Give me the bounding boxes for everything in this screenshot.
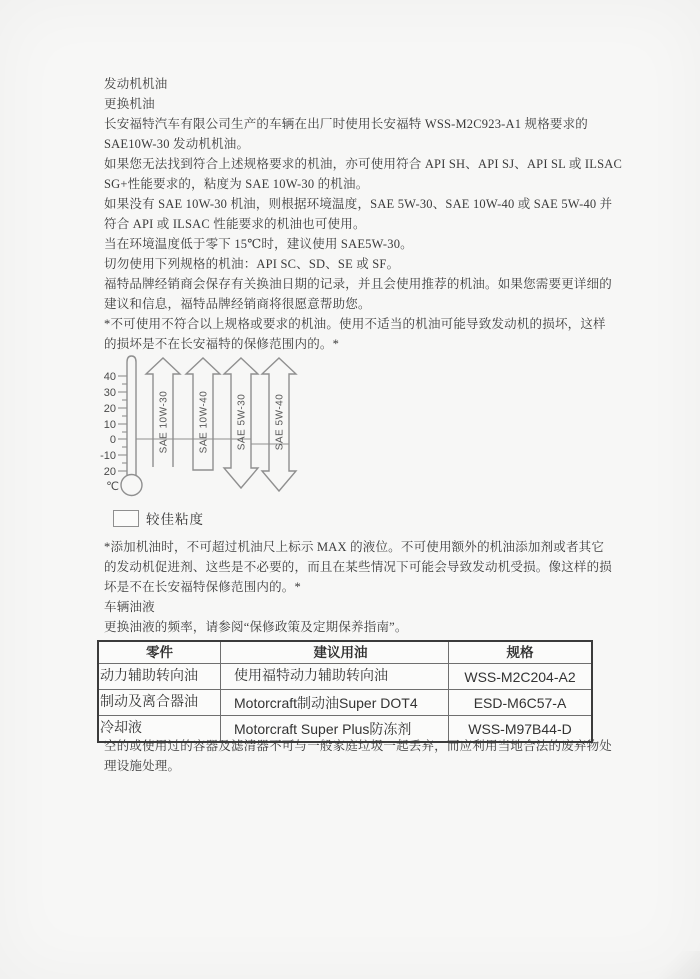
text-line: 更换油液的频率，请参阅“保修政策及定期保养指南”。 xyxy=(104,617,609,637)
legend-swatch xyxy=(113,510,139,527)
sae-10w40-arrow-label: SAE 10W-40 xyxy=(199,391,210,454)
thermometer-icon xyxy=(118,356,142,496)
top-text-block: 发动机机油 更换机油 长安福特汽车有限公司生产的车辆在出厂时使用长安福特 WSS… xyxy=(104,74,609,354)
temp-label-minus10: -10 xyxy=(100,450,116,462)
table-row: 制动及离合器油 Motorcraft制动油Super DOT4 ESD-M6C5… xyxy=(98,690,592,716)
celsius-unit-label: ℃ xyxy=(106,481,119,493)
cell-spec: WSS-M2C204-A2 xyxy=(449,664,593,690)
fluid-spec-table: 零件 建议用油 规格 动力辅助转向油 使用福特动力辅助转向油 WSS-M2C20… xyxy=(97,640,593,743)
text-line: 福特品牌经销商会保存有关换油日期的记录，并且会使用推荐的机油。如果您需要更详细的 xyxy=(104,274,609,294)
cell-oil: Motorcraft制动油Super DOT4 xyxy=(221,690,449,716)
header-recommended-oil: 建议用油 xyxy=(221,641,449,664)
temp-label-0: 0 xyxy=(110,434,116,446)
sae-10w30-arrow-label: SAE 10W-30 xyxy=(159,391,170,454)
text-line: 当在环境温度低于零下 15℃时，建议使用 SAE5W-30。 xyxy=(104,234,609,254)
section-title-engine-oil: 发动机机油 xyxy=(104,74,609,94)
text-line: 切勿使用下列规格的机油：API SC、SD、SE 或 SF。 xyxy=(104,254,609,274)
text-line: 坏是不在长安福特保修范围内的。* xyxy=(104,577,609,597)
viscosity-legend: 较佳粘度 xyxy=(113,509,204,527)
text-line: 空的或使用过的容器及滤清器不可与一般家庭垃圾一起丢弃，而应利用当地合法的废弃物处 xyxy=(104,736,609,756)
header-spec: 规格 xyxy=(449,641,593,664)
text-line: *添加机油时，不可超过机油尺上标示 MAX 的液位。不可使用额外的机油添加剂或者… xyxy=(104,537,609,557)
section-title-change-oil: 更换机油 xyxy=(104,94,609,114)
bottom-text-block: 空的或使用过的容器及滤清器不可与一般家庭垃圾一起丢弃，而应利用当地合法的废弃物处… xyxy=(104,736,609,776)
table-row: 动力辅助转向油 使用福特动力辅助转向油 WSS-M2C204-A2 xyxy=(98,664,592,690)
temp-label-10: 10 xyxy=(104,419,116,431)
text-line: 的发动机促进剂、这些是不必要的，而且在某些情况下可能会导致发动机受损。像这样的损 xyxy=(104,557,609,577)
table-header-row: 零件 建议用油 规格 xyxy=(98,641,592,664)
cell-oil: 使用福特动力辅助转向油 xyxy=(221,664,449,690)
text-line: *不可使用不符合以上规格或要求的机油。使用不适当的机油可能导致发动机的损坏，这样 xyxy=(104,314,609,334)
sae-5w30-arrow-label: SAE 5W-30 xyxy=(237,394,248,451)
text-line: 建议和信息，福特品牌经销商将很愿意帮助您。 xyxy=(104,294,609,314)
temp-label-minus20: 20 xyxy=(104,466,116,478)
middle-text-block: *添加机油时，不可超过机油尺上标示 MAX 的液位。不可使用额外的机油添加剂或者… xyxy=(104,537,609,637)
text-line: 如果没有 SAE 10W-30 机油，则根据环境温度，SAE 5W-30、SAE… xyxy=(104,194,609,214)
scan-artifact xyxy=(648,951,700,979)
cell-spec: ESD-M6C57-A xyxy=(449,690,593,716)
temp-label-40: 40 xyxy=(104,371,116,383)
text-line: 如果您无法找到符合上述规格要求的机油，亦可使用符合 API SH、API SJ、… xyxy=(104,154,609,174)
oil-viscosity-diagram: 40 30 20 10 0 -10 20 ℃ SAE 10W-30 SAE 10… xyxy=(100,352,320,502)
header-part: 零件 xyxy=(98,641,221,664)
text-line: 的损坏是不在长安福特的保修范围内的。* xyxy=(104,334,609,354)
text-line: 符合 API 或 ILSAC 性能要求的机油也可使用。 xyxy=(104,214,609,234)
temp-label-30: 30 xyxy=(104,387,116,399)
text-line: SG+性能要求的，粘度为 SAE 10W-30 的机油。 xyxy=(104,174,609,194)
text-line: 长安福特汽车有限公司生产的车辆在出厂时使用长安福特 WSS-M2C923-A1 … xyxy=(104,114,609,134)
sae-5w40-arrow-label: SAE 5W-40 xyxy=(275,394,286,451)
cell-part: 制动及离合器油 xyxy=(98,690,221,716)
manual-page: 发动机机油 更换机油 长安福特汽车有限公司生产的车辆在出厂时使用长安福特 WSS… xyxy=(0,0,700,979)
text-line: SAE10W-30 发动机机油。 xyxy=(104,134,609,154)
legend-label: 较佳粘度 xyxy=(146,508,204,528)
text-line: 理设施处理。 xyxy=(104,756,609,776)
section-title-vehicle-fluids: 车辆油液 xyxy=(104,597,609,617)
viscosity-chart-svg: 40 30 20 10 0 -10 20 ℃ SAE 10W-30 SAE 10… xyxy=(100,352,320,502)
cell-part: 动力辅助转向油 xyxy=(98,664,221,690)
temp-label-20: 20 xyxy=(104,403,116,415)
